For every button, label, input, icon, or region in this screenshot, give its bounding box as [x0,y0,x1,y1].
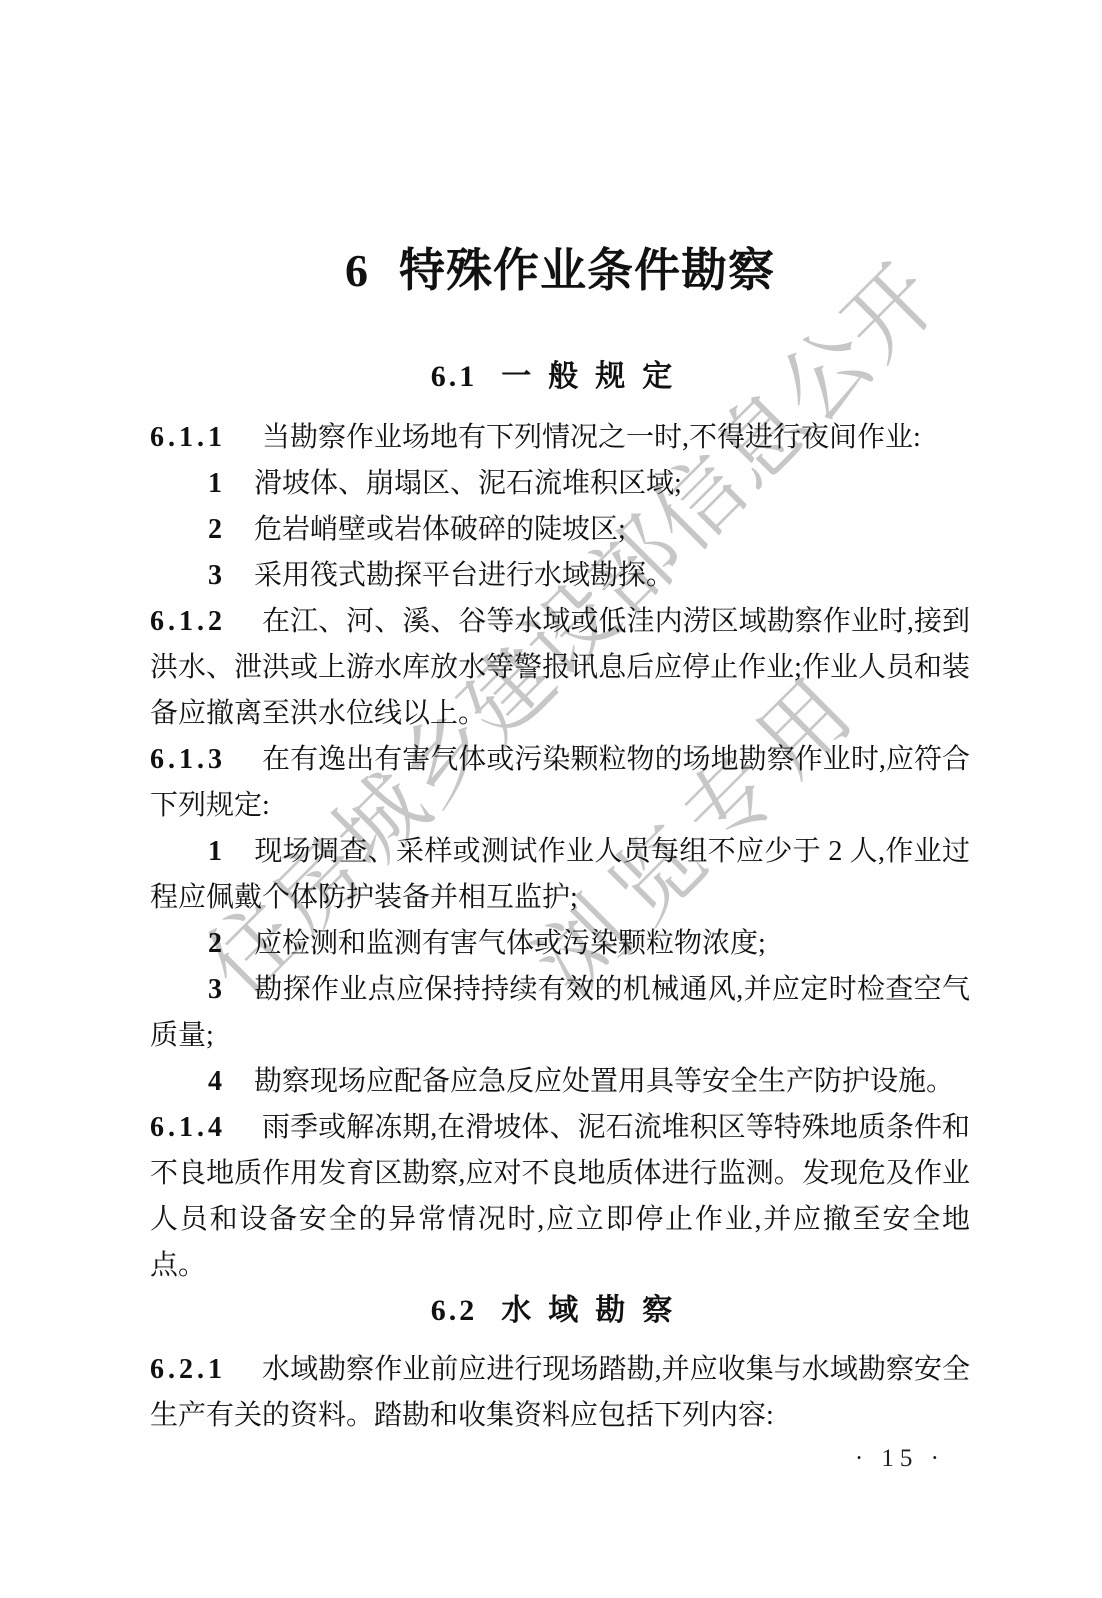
item-6-1-1-3: 3采用筏式勘探平台进行水域勘探。 [150,553,970,599]
clause-number: 6.1.4 [150,1112,226,1143]
clause-6-1-3: 6.1.3在有逸出有害气体或污染颗粒物的场地勘察作业时,应符合下列规定: [150,737,970,829]
chapter-number: 6 [345,245,369,296]
section-6-1-body: 6.1.1当勘察作业场地有下列情况之一时,不得进行夜间作业: 1滑坡体、崩塌区、… [150,415,970,1289]
clause-text: 水域勘察作业前应进行现场踏勘,并应收集与水域勘察安全生产有关的资料。踏勘和收集资… [150,1354,970,1431]
clause-text: 在有逸出有害气体或污染颗粒物的场地勘察作业时,应符合下列规定: [150,744,970,821]
item-6-1-3-4: 4勘察现场应配备应急反应处置用具等安全生产防护设施。 [150,1059,970,1105]
chapter-heading: 6特殊作业条件勘察 [150,244,970,297]
item-6-1-3-3: 3勘探作业点应保持持续有效的机械通风,并应定时检查空气质量; [150,967,970,1059]
item-6-1-1-1: 1滑坡体、崩塌区、泥石流堆积区域; [150,461,970,507]
item-number: 2 [208,514,222,545]
section-heading-6-1: 6.1一般规定 [150,359,970,395]
item-text: 滑坡体、崩塌区、泥石流堆积区域; [254,468,682,499]
clause-6-1-4: 6.1.4雨季或解冻期,在滑坡体、泥石流堆积区等特殊地质条件和不良地质作用发育区… [150,1105,970,1289]
item-text: 应检测和监测有害气体或污染颗粒物浓度; [254,928,766,959]
clause-6-2-1: 6.2.1水域勘察作业前应进行现场踏勘,并应收集与水域勘察安全生产有关的资料。踏… [150,1347,970,1439]
item-6-1-3-1: 1现场调查、采样或测试作业人员每组不应少于 2 人,作业过程应佩戴个体防护装备并… [150,829,970,921]
clause-number: 6.1.3 [150,744,226,775]
item-6-1-3-2: 2应检测和监测有害气体或污染颗粒物浓度; [150,921,970,967]
item-text: 现场调查、采样或测试作业人员每组不应少于 2 人,作业过程应佩戴个体防护装备并相… [150,836,970,913]
item-number: 2 [208,928,222,959]
item-text: 勘察现场应配备应急反应处置用具等安全生产防护设施。 [254,1066,954,1097]
section-number: 6.1 [431,360,478,393]
section-title: 一般规定 [501,360,689,393]
section-heading-6-2: 6.2水域勘察 [150,1293,970,1329]
item-number: 1 [208,836,222,867]
item-number: 3 [208,974,222,1005]
clause-number: 6.2.1 [150,1354,226,1385]
page-number: · 15 · [855,1444,945,1474]
document-page: 住房城乡建设部信息公开 浏览专用 6特殊作业条件勘察 6.1一般规定 6.1.1… [0,0,1102,1598]
page-content: 6特殊作业条件勘察 6.1一般规定 6.1.1当勘察作业场地有下列情况之一时,不… [0,0,1102,1439]
clause-6-1-2: 6.1.2在江、河、溪、谷等水域或低洼内涝区域勘察作业时,接到洪水、泄洪或上游水… [150,599,970,737]
clause-number: 6.1.2 [150,606,226,637]
section-6-2-body: 6.2.1水域勘察作业前应进行现场踏勘,并应收集与水域勘察安全生产有关的资料。踏… [150,1347,970,1439]
item-number: 3 [208,560,222,591]
section-number: 6.2 [431,1294,478,1327]
clause-number: 6.1.1 [150,422,226,453]
item-number: 4 [208,1066,222,1097]
chapter-title: 特殊作业条件勘察 [399,244,775,296]
clause-text: 在江、河、溪、谷等水域或低洼内涝区域勘察作业时,接到洪水、泄洪或上游水库放水等警… [150,606,970,729]
item-6-1-1-2: 2危岩峭壁或岩体破碎的陡坡区; [150,507,970,553]
item-text: 危岩峭壁或岩体破碎的陡坡区; [254,514,626,545]
item-number: 1 [208,468,222,499]
item-text: 勘探作业点应保持持续有效的机械通风,并应定时检查空气质量; [150,974,970,1051]
item-text: 采用筏式勘探平台进行水域勘探。 [254,560,674,591]
section-title: 水域勘察 [501,1294,689,1327]
clause-text: 当勘察作业场地有下列情况之一时,不得进行夜间作业: [262,422,921,453]
clause-6-1-1: 6.1.1当勘察作业场地有下列情况之一时,不得进行夜间作业: [150,415,970,461]
clause-text: 雨季或解冻期,在滑坡体、泥石流堆积区等特殊地质条件和不良地质作用发育区勘察,应对… [150,1112,970,1281]
